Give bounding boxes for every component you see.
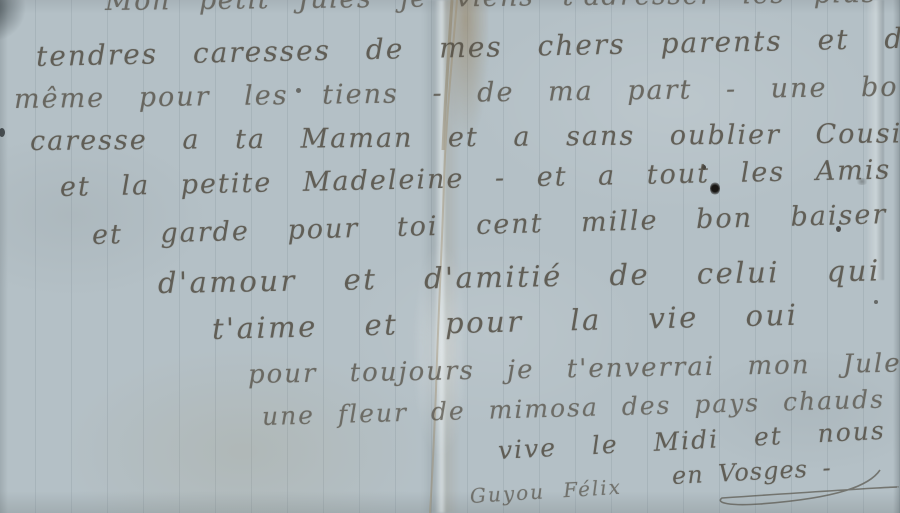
- letter-line-8: t'aime et pour la vie oui: [212, 298, 799, 346]
- letter-line-3: même pour les tiens - de ma part - une b…: [14, 71, 900, 115]
- signature: Guyou Félix: [469, 475, 622, 508]
- ink-speck: [874, 300, 878, 304]
- letter-line-5: et la petite Madeleine - et a tout les A…: [60, 155, 892, 203]
- edge-mark: [0, 128, 5, 137]
- dark-corner-top-left: [0, 0, 26, 44]
- letter-scan: Mon petit Jules je viens t'adresser les …: [0, 0, 900, 513]
- letter-line-1: Mon petit Jules je viens t'adresser les …: [105, 0, 877, 17]
- fold-stain: [444, 0, 488, 134]
- letter-line-6: et garde pour toi cent mille bon baiser: [92, 199, 888, 251]
- letter-line-9: pour toujours je t'enverrai mon Jule: [248, 349, 900, 390]
- letter-line-12: en Vosges -: [671, 454, 832, 490]
- letter-line-7: d'amour et d'amitié de celui qui: [158, 253, 881, 300]
- letter-line-4: caresse a ta Maman et a sans oublier Cou…: [30, 118, 900, 157]
